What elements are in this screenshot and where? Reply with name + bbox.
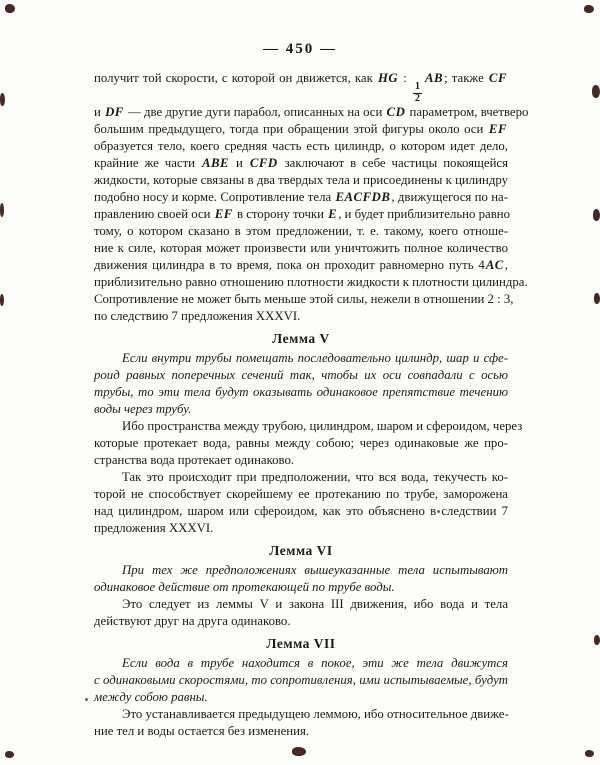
text-line: трубы, то эти тела будут оказывать одина…	[94, 384, 508, 401]
scan-speck	[592, 85, 600, 98]
paragraph: Так это происходит при предположении, чт…	[94, 469, 508, 537]
text-line: которые протекает вода, равны между собо…	[94, 435, 508, 452]
text-line: над цилиндром, шаром или сфероидом, как …	[94, 503, 508, 520]
math-variable: EF	[214, 207, 234, 221]
text-line: большим предыдущего, тогда при обращении…	[94, 121, 508, 138]
text-line: крайние же части ABE и CFD заключают в с…	[94, 155, 508, 172]
text-line: Сопротивление не может быть меньше этой …	[94, 291, 508, 308]
scan-speck	[594, 635, 600, 645]
text-line: При тех же предположениях вышеуказанные …	[94, 562, 508, 579]
scan-speck	[5, 4, 15, 13]
math-variable: CFD	[249, 156, 279, 170]
scan-speck	[585, 750, 594, 757]
text-line: действуют друг на друга одинаково.	[94, 613, 508, 630]
scan-speck	[437, 510, 440, 513]
text-line: ние к силе, которая может произвести или…	[94, 240, 508, 257]
paragraph: Ибо пространства между трубою, цилиндром…	[94, 418, 508, 469]
scan-speck	[584, 5, 594, 13]
text-line: образуется тело, коего средняя часть ест…	[94, 138, 508, 155]
scan-speck	[0, 93, 5, 106]
text-line: торой не способствует скорейшему ее прот…	[94, 486, 508, 503]
math-variable: ABE	[201, 156, 230, 170]
math-variable: HG	[377, 71, 399, 85]
math-variable: CF	[488, 71, 508, 85]
text-line: по следствию 7 предложения XXXVI.	[94, 308, 508, 325]
lemma-heading: Лемма VII	[94, 635, 508, 652]
text-line: предложения XXXVI.	[94, 520, 508, 537]
text-line: тому, о котором сказано в этом предложен…	[94, 223, 508, 240]
text-line: Это следует из леммы V и закона III движ…	[94, 596, 508, 613]
text-line: жидкости, которые связаны в два твердых …	[94, 172, 508, 189]
text-line: правлению своей оси EF в сторону точки E…	[94, 206, 508, 223]
text-line: и DF — две другие дуги парабол, описанны…	[94, 104, 508, 121]
math-variable: EF	[488, 122, 508, 136]
paragraph: Это следует из леммы V и закона III движ…	[94, 596, 508, 630]
paragraph: При тех же предположениях вышеуказанные …	[94, 562, 508, 596]
text-line: ние тел и воды остается без изменения.	[94, 723, 508, 740]
scan-speck	[593, 209, 600, 221]
paragraph: Это устанавливается предыдущею леммою, и…	[94, 706, 508, 740]
scan-speck	[0, 294, 4, 306]
scan-speck	[594, 293, 600, 304]
math-variable: DF	[104, 105, 125, 119]
lemma-heading: Лемма VI	[94, 542, 508, 559]
text-line: с одинаковыми скоростями, то сопротивлен…	[94, 672, 508, 689]
paragraph: получит той скорости, с которой он движе…	[94, 70, 508, 325]
page-number: — 450 —	[0, 41, 600, 58]
text-column: получит той скорости, с которой он движе…	[94, 70, 508, 740]
fraction: 12	[413, 82, 422, 104]
math-variable: E	[327, 207, 338, 221]
text-line: Если внутри трубы помещать последователь…	[94, 350, 508, 367]
text-line: получит той скорости, с которой он движе…	[94, 70, 508, 104]
text-line: Так это происходит при предположении, чт…	[94, 469, 508, 486]
lemma-heading: Лемма V	[94, 330, 508, 347]
text-line: воды через трубу.	[94, 401, 508, 418]
paragraph: Если внутри трубы помещать последователь…	[94, 350, 508, 418]
text-line: роид равных поперечных сечений так, чтоб…	[94, 367, 508, 384]
scanned-book-page: — 450 — получит той скорости, с которой …	[0, 0, 600, 765]
math-variable: EACFDB	[334, 190, 391, 204]
math-variable: AC	[485, 258, 505, 272]
text-line: Если вода в трубе находится в покое, эти…	[94, 655, 508, 672]
scan-speck	[85, 698, 88, 701]
scan-speck	[0, 203, 4, 217]
text-line: странства вода протекает одинаково.	[94, 452, 508, 469]
math-variable: CD	[386, 105, 407, 119]
text-line: Это устанавливается предыдущею леммою, и…	[94, 706, 508, 723]
scan-speck	[292, 747, 306, 756]
text-line: одинаковое действие от протекающей по тр…	[94, 579, 508, 596]
text-line: между собою равны.	[94, 689, 508, 706]
text-line: приблизительно равно отношению плотности…	[94, 274, 508, 291]
scan-speck	[5, 751, 14, 758]
text-line: движения цилиндра в то время, пока он пр…	[94, 257, 508, 274]
paragraph: Если вода в трубе находится в покое, эти…	[94, 655, 508, 706]
text-line: Ибо пространства между трубою, цилиндром…	[94, 418, 508, 435]
text-line: подобно носу и корме. Сопротивление тела…	[94, 189, 508, 206]
math-variable: AB	[424, 71, 444, 85]
